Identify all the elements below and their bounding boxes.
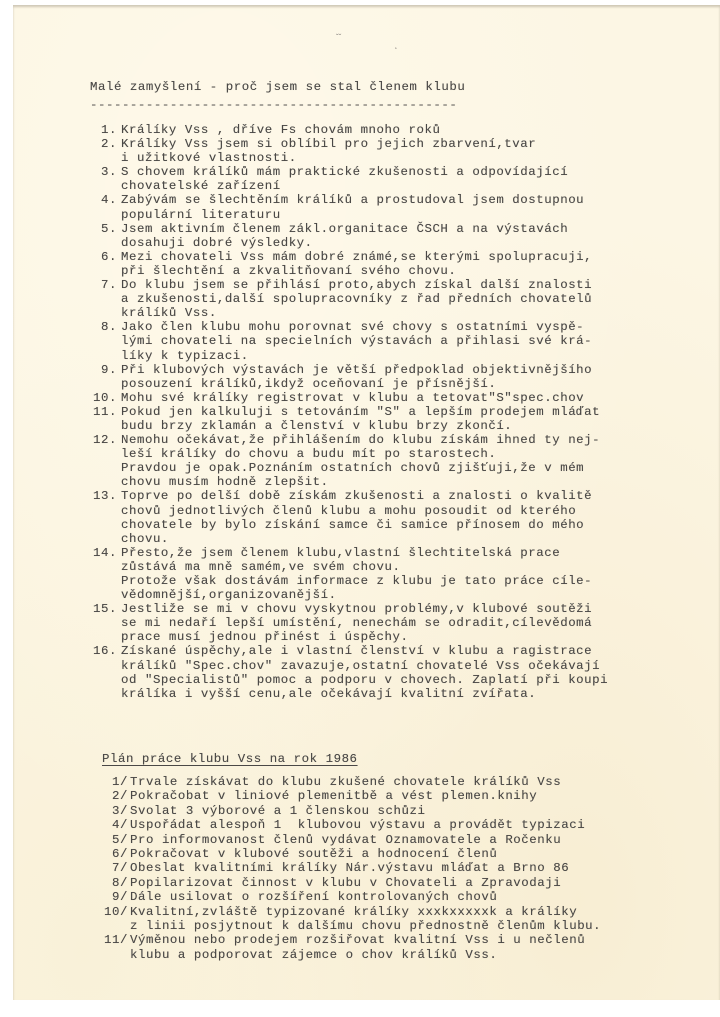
item-text: Pro informovanost členů vydávat Oznamova… bbox=[130, 833, 561, 847]
text-line: Svolat 3 výborové a 1 členskou schůzi bbox=[130, 804, 425, 818]
text-line: leší králíky do chovu a budu mít po star… bbox=[121, 447, 600, 461]
paper-mark: ˇˇ bbox=[336, 33, 341, 42]
text-line: Kvalitní,zvláště typizované králíky xxxk… bbox=[130, 905, 601, 919]
item-number: 15. bbox=[90, 602, 121, 644]
item-text: Nemohu očekávat,že přihlášením do klubu … bbox=[121, 433, 600, 489]
list-item: 11/Výměnou nebo prodejem rozšiřovat kval… bbox=[96, 933, 601, 962]
item-number: 10/ bbox=[96, 905, 130, 934]
item-number: 13. bbox=[90, 489, 121, 545]
text-line: chovatele by bylo získání samce či samic… bbox=[121, 518, 592, 532]
text-line: Obeslat kvalitními králíky Nár.výstavu m… bbox=[130, 861, 569, 875]
title-underline-rule: ----------------------------------------… bbox=[90, 98, 457, 112]
item-text: Trvale získávat do klubu zkušené chovate… bbox=[130, 775, 561, 789]
text-line: Králíky Vss , dříve Fs chovám mnoho roků bbox=[121, 123, 440, 137]
list-item: 1.Králíky Vss , dříve Fs chovám mnoho ro… bbox=[90, 123, 608, 137]
text-line: od "Specialistů" pomoc a podporu v chove… bbox=[121, 673, 608, 687]
list-item: 9.Při klubových výstavách je větší předp… bbox=[90, 363, 608, 391]
item-text: Výměnou nebo prodejem rozšiřovat kvalitn… bbox=[130, 933, 585, 962]
text-line: Dále usilovat o rozšíření kontrolovaných… bbox=[130, 890, 497, 904]
item-text: Králíky Vss jsem si oblíbil pro jejich z… bbox=[121, 137, 536, 165]
text-line: se mi nedaří lepší umístění, nenechám se… bbox=[121, 616, 592, 630]
text-line: lými chovateli na specielních výstavách … bbox=[121, 334, 592, 348]
item-text: Toprve po delší době získám zkušenosti a… bbox=[121, 489, 592, 545]
item-number: 16. bbox=[90, 644, 121, 700]
text-line: klubu a podporovat zájemce o chov králík… bbox=[130, 948, 585, 962]
list-item: 13.Toprve po delší době získám zkušenost… bbox=[90, 489, 608, 545]
item-number: 4. bbox=[90, 193, 121, 221]
text-line: S chovem králíků mám praktické zkušenost… bbox=[121, 165, 568, 179]
item-text: Svolat 3 výborové a 1 členskou schůzi bbox=[130, 804, 425, 818]
text-line: Toprve po delší době získám zkušenosti a… bbox=[121, 489, 592, 503]
list-item: 2/Pokračobat v liniové plemenitbě a vést… bbox=[96, 789, 601, 803]
text-line: Pokračobat v liniové plemenitbě a vést p… bbox=[130, 789, 537, 803]
text-line: dosahuji dobré výsledky. bbox=[121, 236, 568, 250]
item-text: Jsem aktivním členem zákl.organitace ČSC… bbox=[121, 222, 568, 250]
item-text: Pokud jen kalkuluji s tetováním "S" a le… bbox=[121, 405, 600, 433]
text-line: z linii posjytnout k dalšímu chovu předn… bbox=[130, 919, 601, 933]
text-line: Mohu své králíky registrovat v klubu a t… bbox=[121, 391, 584, 405]
item-text: Jestliže se mi v chovu vyskytnou problém… bbox=[121, 602, 592, 644]
list-item: 11.Pokud jen kalkuluji s tetováním "S" a… bbox=[90, 405, 608, 433]
text-line: posouzení králíků,ikdyž oceňovaní je pří… bbox=[121, 377, 592, 391]
item-text: Uspořádat alespoň 1 klubovou výstavu a p… bbox=[130, 818, 585, 832]
text-line: budu brzy zklamán a členství v klubu brz… bbox=[121, 419, 600, 433]
text-line: vědomnější,organizovanější. bbox=[121, 588, 592, 602]
text-line: Pro informovanost členů vydávat Oznamova… bbox=[130, 833, 561, 847]
text-line: Jsem aktivním členem zákl.organitace ČSC… bbox=[121, 222, 568, 236]
list-item: 16.Získané úspěchy,ale i vlastní členstv… bbox=[90, 644, 608, 700]
item-number: 7/ bbox=[96, 861, 130, 875]
list-item: 12.Nemohu očekávat,že přihlášením do klu… bbox=[90, 433, 608, 489]
list-item: 8/Popilarizovat činnost v klubu v Chovat… bbox=[96, 876, 601, 890]
item-text: Kvalitní,zvláště typizované králíky xxxk… bbox=[130, 905, 601, 934]
list-item: 5/Pro informovanost členů vydávat Oznamo… bbox=[96, 833, 601, 847]
text-line: králíků "Spec.chov" zavazuje,ostatní cho… bbox=[121, 659, 608, 673]
text-line: Uspořádat alespoň 1 klubovou výstavu a p… bbox=[130, 818, 585, 832]
item-number: 5. bbox=[90, 222, 121, 250]
list-item: 6.Mezi chovateli Vss mám dobré známé,se … bbox=[90, 250, 608, 278]
text-line: králíka i vyšší cenu,ale očekávají kvali… bbox=[121, 687, 608, 701]
item-text: Mohu své králíky registrovat v klubu a t… bbox=[121, 391, 584, 405]
text-line: chovů jednotlivých členů klubu a mohu po… bbox=[121, 504, 592, 518]
text-line: zůstává ma mně samém,ve svém chovu. bbox=[121, 560, 592, 574]
list-item: 7.Do klubu jsem se přihlásí proto,abych … bbox=[90, 278, 608, 320]
item-number: 3/ bbox=[96, 804, 130, 818]
item-number: 11/ bbox=[96, 933, 130, 962]
item-number: 3. bbox=[90, 165, 121, 193]
list-item: 5.Jsem aktivním členem zákl.organitace Č… bbox=[90, 222, 608, 250]
text-line: Do klubu jsem se přihlásí proto,abych zí… bbox=[121, 278, 592, 292]
list-item: 10.Mohu své králíky registrovat v klubu … bbox=[90, 391, 608, 405]
list-item: 14.Přesto,že jsem členem klubu,vlastní š… bbox=[90, 546, 608, 602]
text-line: populární literaturu bbox=[121, 208, 584, 222]
text-line: chovu. bbox=[121, 532, 592, 546]
list-item: 10/Kvalitní,zvláště typizované králíky x… bbox=[96, 905, 601, 934]
list-item: 4/Uspořádat alespoň 1 klubovou výstavu a… bbox=[96, 818, 601, 832]
text-line: Zabývám se šlechtěním králíků a prostudo… bbox=[121, 193, 584, 207]
item-number: 9/ bbox=[96, 890, 130, 904]
item-number: 12. bbox=[90, 433, 121, 489]
item-number: 6. bbox=[90, 250, 121, 278]
text-line: prace musí jednou přinést i úspěchy. bbox=[121, 630, 592, 644]
text-line: Přesto,že jsem členem klubu,vlastní šlec… bbox=[121, 546, 592, 560]
item-text: Jako člen klubu mohu porovnat své chovy … bbox=[121, 320, 592, 362]
text-line: líky k typizaci. bbox=[121, 349, 592, 363]
text-line: Pravdou je opak.Poznáním ostatních chovů… bbox=[121, 461, 600, 475]
item-number: 9. bbox=[90, 363, 121, 391]
text-line: Protože však dostávám informace z klubu … bbox=[121, 574, 592, 588]
text-line: Výměnou nebo prodejem rozšiřovat kvalitn… bbox=[130, 933, 585, 947]
text-line: při šlechtění a zkvalitňovaní svého chov… bbox=[121, 264, 592, 278]
item-number: 5/ bbox=[96, 833, 130, 847]
text-line: chovu musím hodně zlepšit. bbox=[121, 475, 600, 489]
list-item: 1/Trvale získávat do klubu zkušené chova… bbox=[96, 775, 601, 789]
item-number: 1. bbox=[90, 123, 121, 137]
item-number: 7. bbox=[90, 278, 121, 320]
plan-heading: Plán práce klubu Vss na rok 1986 bbox=[102, 752, 358, 766]
list-item: 4.Zabývám se šlechtěním králíků a prostu… bbox=[90, 193, 608, 221]
text-line: Jestliže se mi v chovu vyskytnou problém… bbox=[121, 602, 592, 616]
list-item: 7/Obeslat kvalitními králíky Nár.výstavu… bbox=[96, 861, 601, 875]
text-line: a zkušenosti,další spolupracovníky z řad… bbox=[121, 292, 592, 306]
item-text: Získané úspěchy,ale i vlastní členství v… bbox=[121, 644, 608, 700]
item-number: 2/ bbox=[96, 789, 130, 803]
text-line: chovatelské zařízení bbox=[121, 179, 568, 193]
document-title: Malé zamyšlení - proč jsem se stal člene… bbox=[90, 80, 465, 94]
text-line: Jako člen klubu mohu porovnat své chovy … bbox=[121, 320, 592, 334]
item-text: Pokračovat v klubové soutěži a hodnocení… bbox=[130, 847, 497, 861]
text-line: Při klubových výstavách je větší předpok… bbox=[121, 363, 592, 377]
item-text: Zabývám se šlechtěním králíků a prostudo… bbox=[121, 193, 584, 221]
text-line: Trvale získávat do klubu zkušené chovate… bbox=[130, 775, 561, 789]
item-text: Obeslat kvalitními králíky Nár.výstavu m… bbox=[130, 861, 569, 875]
list-item: 8.Jako člen klubu mohu porovnat své chov… bbox=[90, 320, 608, 362]
list-item: 9/Dále usilovat o rozšíření kontrolovaný… bbox=[96, 890, 601, 904]
item-number: 6/ bbox=[96, 847, 130, 861]
text-line: Získané úspěchy,ale i vlastní členství v… bbox=[121, 644, 608, 658]
item-text: S chovem králíků mám praktické zkušenost… bbox=[121, 165, 568, 193]
item-text: Přesto,že jsem členem klubu,vlastní šlec… bbox=[121, 546, 592, 602]
text-line: králíků Vss. bbox=[121, 306, 592, 320]
list-item: 15.Jestliže se mi v chovu vyskytnou prob… bbox=[90, 602, 608, 644]
item-text: Popilarizovat činnost v klubu v Chovatel… bbox=[130, 876, 561, 890]
plan-list: 1/Trvale získávat do klubu zkušené chova… bbox=[96, 775, 601, 962]
list-item: 3.S chovem králíků mám praktické zkušeno… bbox=[90, 165, 608, 193]
item-number: 4/ bbox=[96, 818, 130, 832]
list-item: 2.Králíky Vss jsem si oblíbil pro jejich… bbox=[90, 137, 608, 165]
item-number: 14. bbox=[90, 546, 121, 602]
item-text: Při klubových výstavách je větší předpok… bbox=[121, 363, 592, 391]
text-line: Popilarizovat činnost v klubu v Chovatel… bbox=[130, 876, 561, 890]
item-text: Dále usilovat o rozšíření kontrolovaných… bbox=[130, 890, 497, 904]
text-line: Nemohu očekávat,že přihlášením do klubu … bbox=[121, 433, 600, 447]
text-line: i užitkové vlastnosti. bbox=[121, 151, 536, 165]
list-item: 6/Pokračovat v klubové soutěži a hodnoce… bbox=[96, 847, 601, 861]
list-item: 3/Svolat 3 výborové a 1 členskou schůzi bbox=[96, 804, 601, 818]
item-number: 11. bbox=[90, 405, 121, 433]
item-number: 10. bbox=[90, 391, 121, 405]
text-line: Mezi chovateli Vss mám dobré známé,se kt… bbox=[121, 250, 592, 264]
item-text: Králíky Vss , dříve Fs chovám mnoho roků bbox=[121, 123, 440, 137]
item-number: 2. bbox=[90, 137, 121, 165]
paper-mark: ˛ bbox=[395, 40, 398, 49]
text-line: Králíky Vss jsem si oblíbil pro jejich z… bbox=[121, 137, 536, 151]
text-line: Pokračovat v klubové soutěži a hodnocení… bbox=[130, 847, 497, 861]
reasons-list: 1.Králíky Vss , dříve Fs chovám mnoho ro… bbox=[90, 123, 608, 701]
item-text: Pokračobat v liniové plemenitbě a vést p… bbox=[130, 789, 537, 803]
item-text: Mezi chovateli Vss mám dobré známé,se kt… bbox=[121, 250, 592, 278]
item-number: 1/ bbox=[96, 775, 130, 789]
item-number: 8. bbox=[90, 320, 121, 362]
text-line: Pokud jen kalkuluji s tetováním "S" a le… bbox=[121, 405, 600, 419]
item-number: 8/ bbox=[96, 876, 130, 890]
item-text: Do klubu jsem se přihlásí proto,abych zí… bbox=[121, 278, 592, 320]
